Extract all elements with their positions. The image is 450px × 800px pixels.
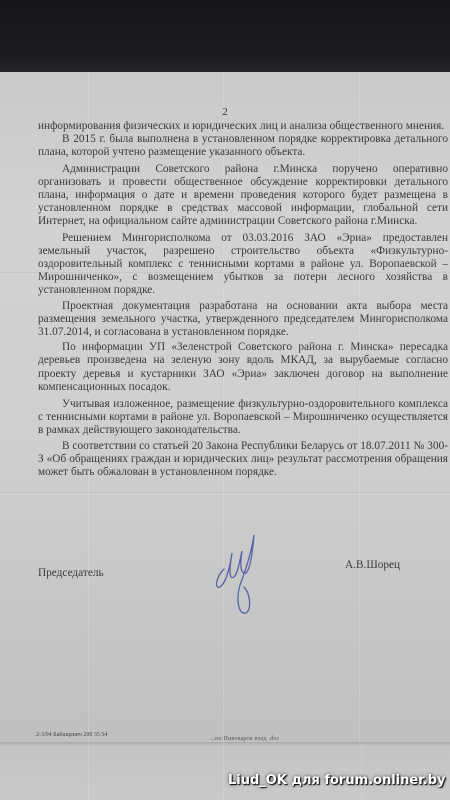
paragraph: Проектная документация разработана на ос… [38, 300, 448, 340]
paragraph: Решением Мингорисполкома от 03.03.2016 З… [38, 232, 448, 298]
handwritten-signature-icon [210, 529, 270, 619]
paragraph: В соответствии со статьей 20 Закона Респ… [38, 440, 448, 480]
fold-crease [222, 742, 224, 800]
fold-crease [87, 742, 89, 800]
fold-crease [0, 492, 450, 495]
paragraph: Администрации Советского района г.Минска… [38, 163, 448, 229]
paragraph: информирования физических и юридических … [38, 120, 448, 133]
document-page: 2 информирования физических и юридически… [0, 72, 450, 800]
dark-background [0, 0, 450, 72]
fold-crease [360, 742, 362, 800]
signatory-role: Председатель [38, 567, 104, 579]
letter-body: информирования физических и юридических … [38, 120, 448, 479]
watermark: Liud_OK для forum.onliner.by [228, 773, 446, 788]
paragraph: По информации УП «Зеленстрой Советского … [38, 341, 448, 394]
paragraph: В 2015 г. была выполнена в установленном… [38, 133, 448, 159]
underlying-sheets [0, 742, 450, 800]
signatory-name: А.В.Шорец [345, 559, 400, 571]
executor-info: 2-3/04 Бабищевич 200 35 54 [36, 732, 107, 738]
page-number: 2 [0, 106, 450, 118]
paragraph: Учитывая изложенное, размещение физкульт… [38, 398, 448, 438]
